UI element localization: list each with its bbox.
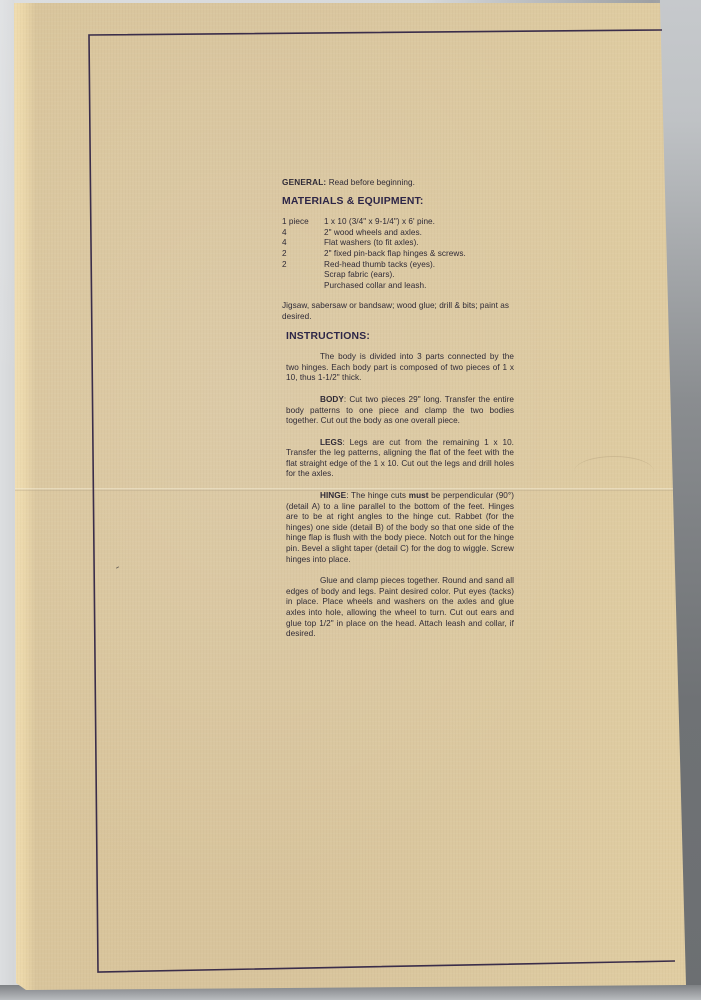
intro-paragraph: The body is divided into 3 parts connect…: [286, 352, 514, 384]
material-desc: Scrap fabric (ears).: [324, 270, 514, 281]
hinge-paragraph: HINGE: The hinge cuts must be perpendicu…: [286, 491, 514, 565]
material-qty: 1 piece: [282, 217, 324, 228]
legs-paragraph: LEGS: Legs are cut from the remaining 1 …: [286, 438, 514, 480]
material-desc: 1 x 10 (3/4" x 9-1/4") x 6' pine.: [324, 217, 514, 228]
finish-paragraph: Glue and clamp pieces together. Round an…: [286, 576, 514, 640]
material-item: 2 Red-head thumb tacks (eyes).: [282, 260, 514, 271]
instructions-text-block: GENERAL: Read before beginning. MATERIAL…: [282, 178, 514, 651]
material-item: 2 2" fixed pin-back flap hinges & screws…: [282, 249, 514, 260]
material-item: Scrap fabric (ears).: [282, 270, 514, 281]
fold-crease: [574, 456, 654, 487]
material-qty: 4: [282, 238, 324, 249]
hinge-text-after: be perpendicular (90°) (detail A) to a l…: [286, 491, 514, 564]
material-item: 4 2" wood wheels and axles.: [282, 228, 514, 239]
body-lead: BODY: [320, 395, 344, 404]
material-desc: Red-head thumb tacks (eyes).: [324, 260, 514, 271]
material-qty: [282, 270, 324, 281]
general-text: Read before beginning.: [329, 178, 415, 187]
general-note: GENERAL: Read before beginning.: [282, 178, 514, 189]
material-qty: 4: [282, 228, 324, 239]
material-desc: Flat washers (to fit axles).: [324, 238, 514, 249]
general-label: GENERAL:: [282, 178, 326, 187]
instructions-heading: INSTRUCTIONS:: [286, 332, 514, 343]
material-desc: Purchased collar and leash.: [324, 281, 514, 292]
materials-heading: MATERIALS & EQUIPMENT:: [282, 197, 514, 208]
hinge-text-before: : The hinge cuts: [346, 491, 409, 500]
material-desc: 2" fixed pin-back flap hinges & screws.: [324, 249, 514, 260]
materials-list: 1 piece 1 x 10 (3/4" x 9-1/4") x 6' pine…: [282, 217, 514, 291]
hinge-emphasis: must: [409, 491, 429, 500]
finish-text: Glue and clamp pieces together. Round an…: [286, 576, 514, 638]
material-desc: 2" wood wheels and axles.: [324, 228, 514, 239]
tools-list: Jigsaw, sabersaw or bandsaw; wood glue; …: [282, 301, 514, 322]
intro-text: The body is divided into 3 parts connect…: [286, 352, 514, 382]
material-item: 1 piece 1 x 10 (3/4" x 9-1/4") x 6' pine…: [282, 217, 514, 228]
material-item: Purchased collar and leash.: [282, 281, 514, 292]
material-qty: 2: [282, 249, 324, 260]
material-qty: 2: [282, 260, 324, 271]
legs-lead: LEGS: [320, 438, 343, 447]
material-item: 4 Flat washers (to fit axles).: [282, 238, 514, 249]
material-qty: [282, 281, 324, 292]
hinge-lead: HINGE: [320, 491, 346, 500]
body-paragraph: BODY: Cut two pieces 29" long. Transfer …: [286, 395, 514, 427]
